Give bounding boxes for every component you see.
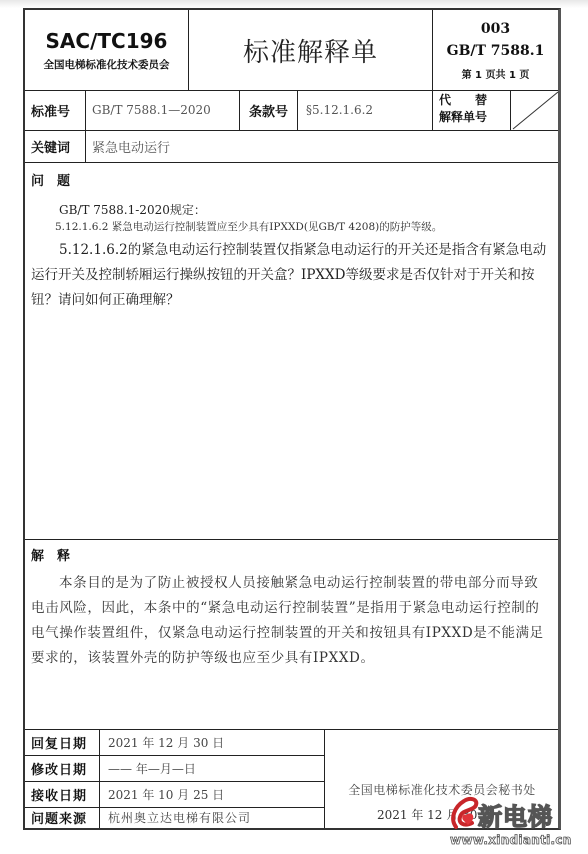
diagonal-slash-icon xyxy=(511,90,559,130)
standard-no-value: GB/T 7588.1—2020 xyxy=(85,90,239,130)
watermark: 新电梯 www.xindianti.cn xyxy=(448,795,588,854)
question-body: 5.12.1.6.2的紧急电动运行控制装置仅指紧急电动运行的开关还是指含有紧急电… xyxy=(31,238,552,313)
page-title: 标准解释单 xyxy=(243,32,378,69)
replace-label: 代 替 解释单号 xyxy=(432,90,510,130)
watermark-url: www.xindianti.cn xyxy=(450,833,572,847)
doc-id-block: 003 GB/T 7588.1 第 1 页共 1 页 xyxy=(432,10,558,90)
keyword-label: 关键词 xyxy=(25,130,85,162)
modify-date-label: 修改日期 xyxy=(25,755,99,781)
question-section: 问 题 GB/T 7588.1-2020规定： 5.12.1.6.2 紧急电动运… xyxy=(25,162,558,539)
page-top-shade xyxy=(0,0,588,8)
org-name: 全国电梯标准化技术委员会 xyxy=(44,57,170,72)
receive-date-value: 2021 年 10 月 25 日 xyxy=(99,781,324,807)
question-quote: 5.12.1.6.2 紧急电动运行控制装置应至少具有IPXXD(见GB/T 42… xyxy=(31,219,552,235)
replace-label-line2: 解释单号 xyxy=(439,109,504,126)
answer-heading: 解 释 xyxy=(31,547,552,567)
source-label: 问题来源 xyxy=(25,807,99,828)
reply-date-label: 回复日期 xyxy=(25,729,99,755)
question-intro: GB/T 7588.1-2020规定： xyxy=(31,201,552,219)
doc-standard: GB/T 7588.1 xyxy=(447,42,545,60)
watermark-logo-icon xyxy=(448,795,482,831)
source-value: 杭州奥立达电梯有限公司 xyxy=(99,807,324,828)
replace-value-empty xyxy=(510,90,558,130)
answer-body: 本条目的是为了防止被授权人员接触紧急电动运行控制装置的带电部分而导致电击风险，因… xyxy=(31,571,552,671)
watermark-text: 新电梯 xyxy=(478,797,553,832)
keyword-value: 紧急电动运行 xyxy=(85,130,558,162)
doc-number: 003 xyxy=(481,20,510,38)
interpretation-form: SAC/TC196 全国电梯标准化技术委员会 标准解释单 003 GB/T 75… xyxy=(23,8,561,830)
receive-date-label: 接收日期 xyxy=(25,781,99,807)
clause-value: §5.12.1.6.2 xyxy=(297,90,432,130)
org-block: SAC/TC196 全国电梯标准化技术委员会 xyxy=(25,10,188,90)
standard-no-label: 标准号 xyxy=(25,90,85,130)
page-info: 第 1 页共 1 页 xyxy=(462,66,530,81)
question-heading: 问 题 xyxy=(31,172,552,192)
answer-section: 解 释 本条目的是为了防止被授权人员接触紧急电动运行控制装置的带电部分而导致电击… xyxy=(25,539,558,729)
clause-label: 条款号 xyxy=(239,90,297,130)
modify-date-value: —— 年—月—日 xyxy=(99,755,324,781)
title-block: 标准解释单 xyxy=(188,10,432,90)
reply-date-value: 2021 年 12 月 30 日 xyxy=(99,729,324,755)
org-code: SAC/TC196 xyxy=(46,29,168,53)
replace-label-line1: 代 替 xyxy=(439,92,504,109)
